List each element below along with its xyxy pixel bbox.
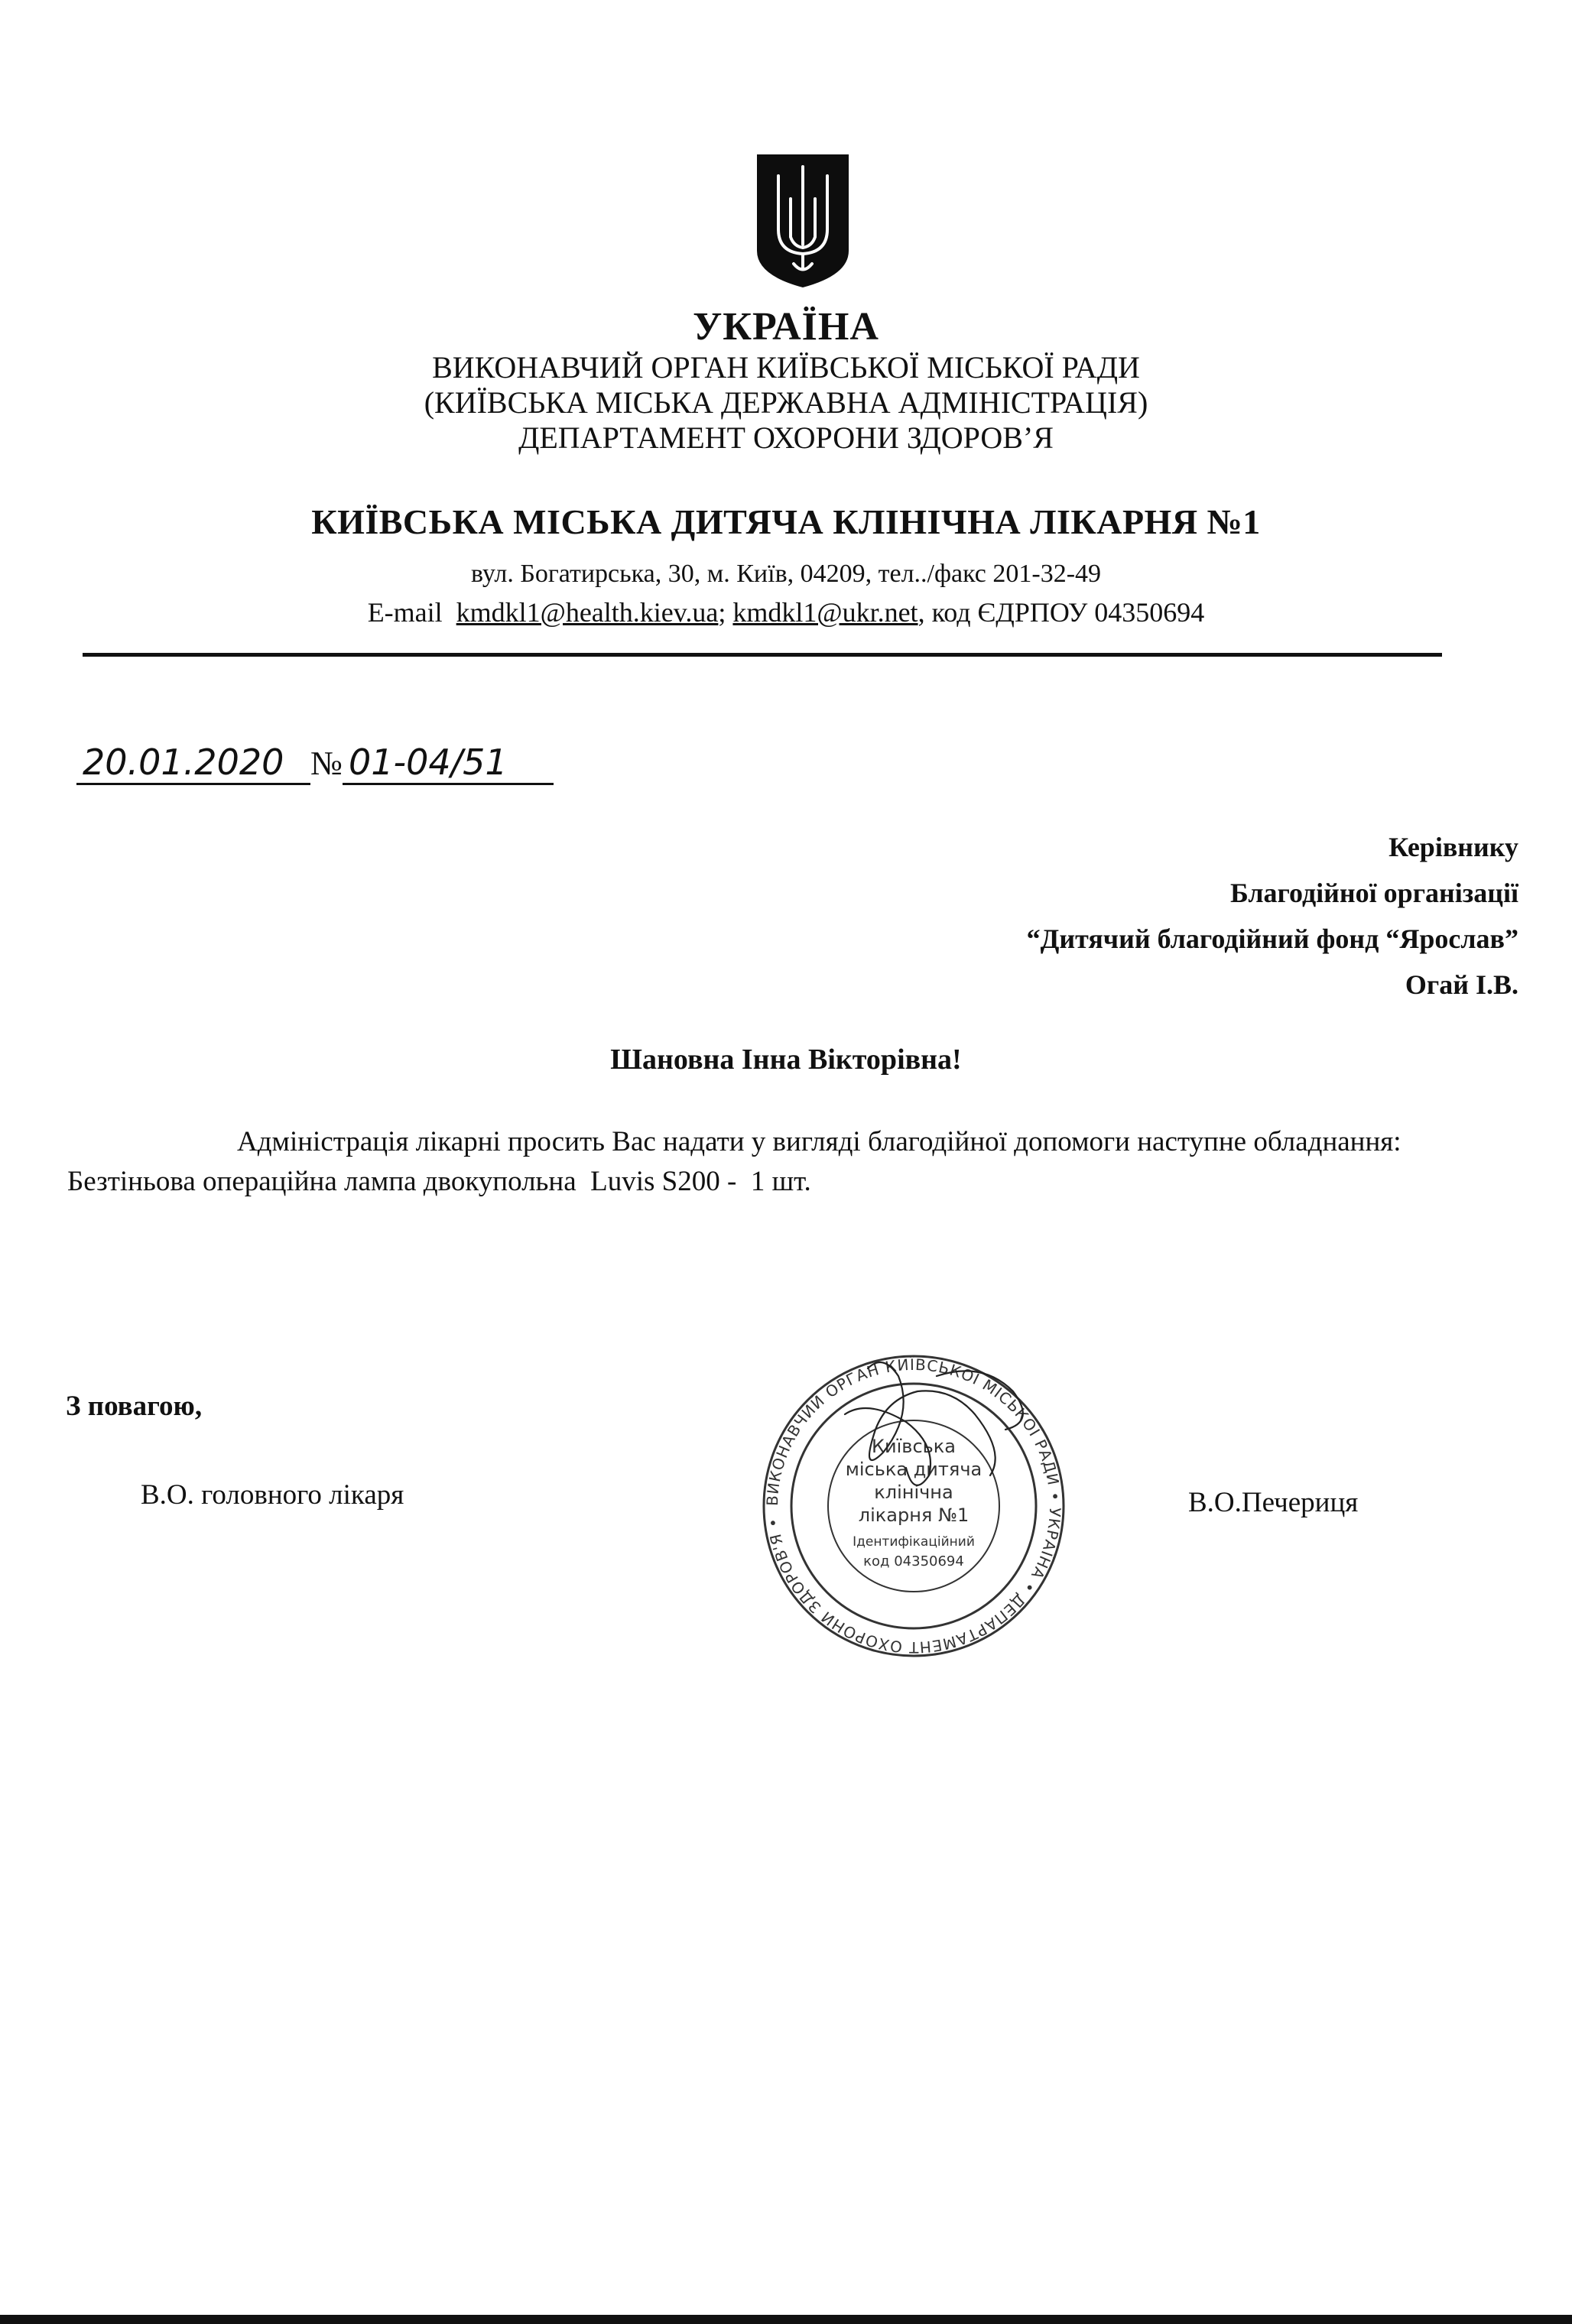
header-divider <box>83 653 1442 657</box>
stamp-id-code: код 04350694 <box>863 1553 964 1569</box>
letter-date: 20.01.2020 <box>76 742 310 785</box>
signer-name: В.О.Печериця <box>1188 1486 1358 1519</box>
addressee-line: Благодійної організації <box>1027 870 1518 916</box>
hospital-contacts: E-mail kmdkl1@health.kiev.ua; kmdkl1@ukr… <box>0 596 1572 628</box>
official-stamp: ВИКОНАВЧИЙ ОРГАН КИЇВСЬКОЇ МІСЬКОЇ РАДИ … <box>753 1345 1074 1667</box>
letter-body: Адміністрація лікарні просить Вас надати… <box>67 1122 1474 1202</box>
number-sign: № <box>310 745 343 782</box>
stamp-center-line: Київська <box>872 1436 956 1457</box>
body-paragraph-2: Безтіньова операційна лампа двокупольна … <box>67 1162 1474 1202</box>
signer-title: В.О. головного лікаря <box>141 1478 404 1511</box>
org-line-3: ДЕПАРТАМЕНТ ОХОРОНИ ЗДОРОВ’Я <box>0 420 1572 456</box>
registration-line: 20.01.2020№01-04/51 <box>76 742 554 785</box>
letter-number: 01-04/51 <box>343 742 554 785</box>
addressee-line: “Дитячий благодійний фонд “Ярослав” <box>1027 916 1518 962</box>
trident-coat-of-arms-icon <box>755 153 850 289</box>
closing-regards: З повагою, <box>66 1390 202 1423</box>
addressee-block: Керівнику Благодійної організації “Дитяч… <box>1027 824 1518 1008</box>
email-separator: ; <box>718 597 726 628</box>
scan-edge-bar <box>0 2315 1572 2324</box>
country-title: УКРАЇНА <box>0 304 1572 349</box>
email-link-2[interactable]: kmdkl1@ukr.net <box>732 597 918 628</box>
email-link-1[interactable]: kmdkl1@health.kiev.ua <box>456 597 719 628</box>
addressee-line: Керівнику <box>1027 824 1518 870</box>
org-line-2: (КИЇВСЬКА МІСЬКА ДЕРЖАВНА АДМІНІСТРАЦІЯ) <box>0 385 1572 420</box>
email-label: E-mail <box>368 597 443 628</box>
body-paragraph-1: Адміністрація лікарні просить Вас надати… <box>67 1122 1474 1162</box>
stamp-center-line: лікарня №1 <box>859 1504 969 1526</box>
hospital-name: КИЇВСЬКА МІСЬКА ДИТЯЧА КЛІНІЧНА ЛІКАРНЯ … <box>0 501 1572 542</box>
salutation: Шановна Інна Вікторівна! <box>0 1043 1572 1076</box>
stamp-id-label: Ідентифікаційний <box>853 1534 975 1550</box>
stamp-center-line: міська дитяча <box>846 1459 982 1480</box>
edrpou-code: , код ЄДРПОУ 04350694 <box>918 597 1205 628</box>
addressee-line: Огай І.В. <box>1027 962 1518 1008</box>
org-line-1: ВИКОНАВЧИЙ ОРГАН КИЇВСЬКОЇ МІСЬКОЇ РАДИ <box>0 350 1572 385</box>
hospital-address: вул. Богатирська, 30, м. Київ, 04209, те… <box>0 560 1572 589</box>
